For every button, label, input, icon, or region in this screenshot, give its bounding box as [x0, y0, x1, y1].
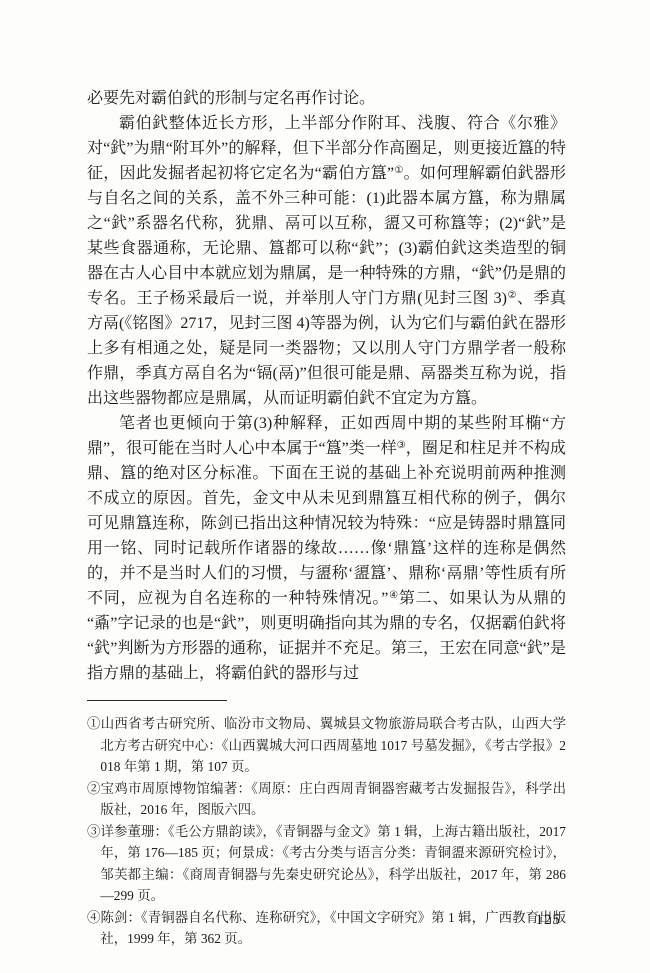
text-block: 必要先对霸伯釴的形制与定名再作讨论。 霸伯釴整体近长方形，上半部分作附耳、浅腹、…: [87, 86, 566, 950]
footnote-separator-rule: [87, 700, 227, 701]
paragraph-vessel-shape-discussion: 霸伯釴整体近长方形，上半部分作附耳、浅腹、符合《尔雅》对“釴”为鼎“附耳外”的解…: [87, 111, 566, 411]
paragraph-continuation: 必要先对霸伯釴的形制与定名再作讨论。: [87, 86, 566, 111]
footnotes-section: ①山西省考古研究所、临汾市文物局、翼城县文物旅游局联合考古队，山西大学北方考古研…: [87, 713, 566, 950]
footnote-2: ②宝鸡市周原博物馆编著：《周原：庄白西周青铜器窖藏考古发掘报告》，科学出版社，2…: [87, 778, 566, 821]
scanned-book-page: 必要先对霸伯釴的形制与定名再作讨论。 霸伯釴整体近长方形，上半部分作附耳、浅腹、…: [0, 0, 650, 973]
footnote-ref-mark: ②: [507, 290, 517, 301]
page-number: 125: [536, 912, 562, 929]
footnote-ref-mark: ④: [388, 590, 399, 601]
footnote-ref-mark: ③: [397, 440, 406, 451]
footnote-ref-mark: ①: [394, 165, 404, 176]
footnote-1: ①山西省考古研究所、临汾市文物局、翼城县文物旅游局联合考古队，山西大学北方考古研…: [87, 713, 566, 778]
body-text: 必要先对霸伯釴的形制与定名再作讨论。 霸伯釴整体近长方形，上半部分作附耳、浅腹、…: [87, 86, 566, 686]
footnote-3: ③详参董珊：《毛公方鼎韵读》，《青铜器与金文》第 1 辑，上海古籍出版社，201…: [87, 821, 566, 907]
footnote-4: ④陈剑：《青铜器自名代称、连称研究》，《中国文字研究》第 1 辑，广西教育出版社…: [87, 907, 566, 950]
paragraph-author-argument: 笔者也更倾向于第(3)种解释，正如西周中期的某些附耳椭“方鼎”，很可能在当时人心…: [87, 411, 566, 686]
